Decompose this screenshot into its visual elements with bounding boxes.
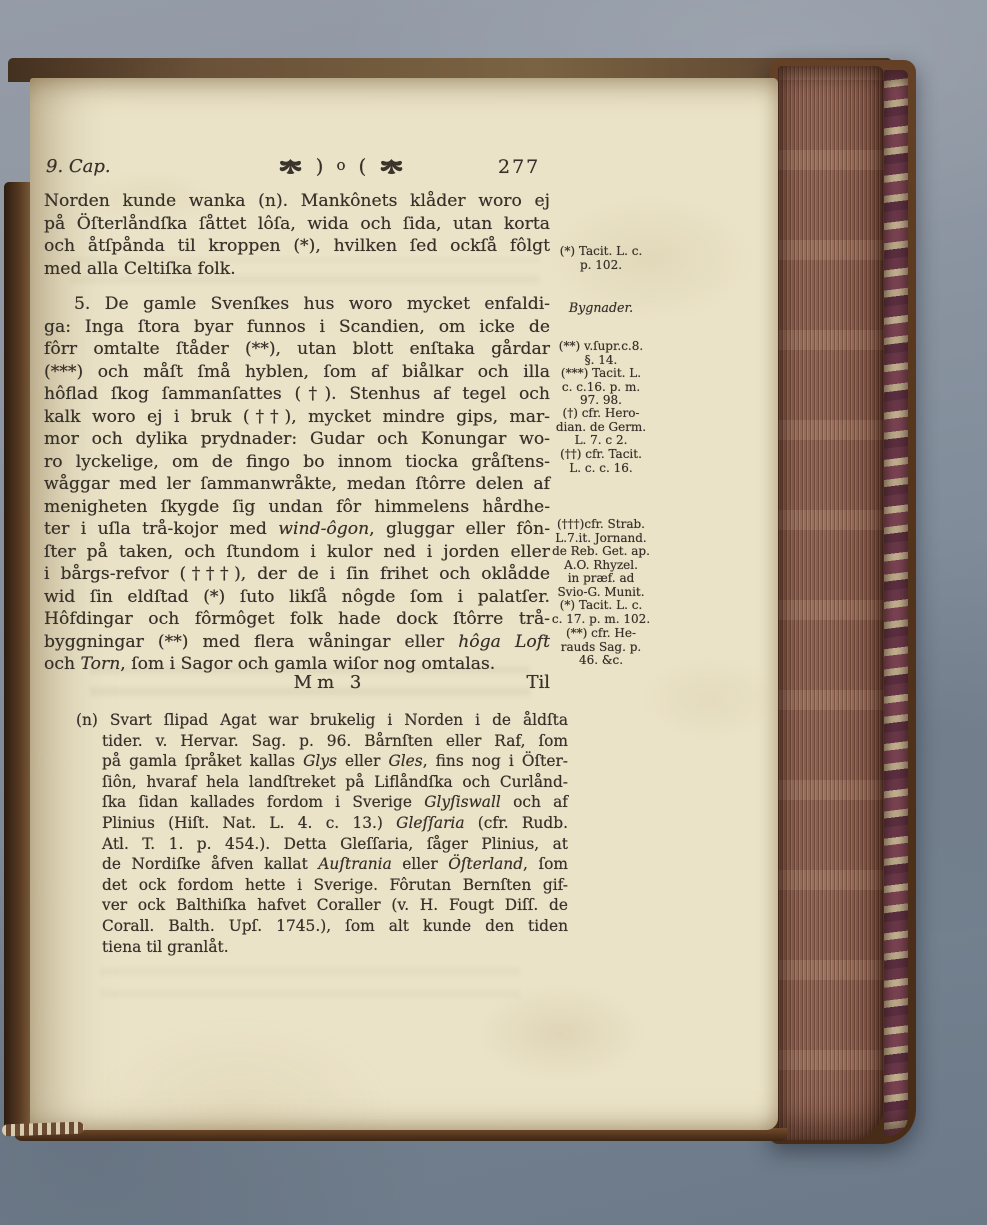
signature-mark: Mm 3 [268, 672, 392, 693]
margin-note-line: L. 7. c 2. [550, 434, 652, 448]
ornament-paren-left: ) [316, 154, 324, 178]
margin-note: (*) Tacit. L. c.p. 102. [550, 245, 652, 272]
footnote: (n) Svart ſlipad Agat war brukelig i Nor… [76, 710, 568, 957]
footnote-line: (n) Svart ſlipad Agat war brukelig i Nor… [76, 710, 568, 731]
margin-note-line: c. 17. p. m. 102. [550, 613, 652, 627]
text-line: wid ſin eldſtad (*) ſuto likſå nôgde ſom… [44, 586, 550, 609]
text-line: och åtſpånda til kroppen (*), hvilken ſe… [44, 235, 550, 258]
text-line: på Öſterlåndſka ſåttet lôſa, wida och ſi… [44, 213, 550, 236]
margin-notes: (*) Tacit. L. c.p. 102.Bygnader.(**) v.ſ… [550, 78, 652, 1130]
margin-note-line: (**) v.ſupr.c.8. [550, 340, 652, 354]
margin-note-line: (**) cfr. He- [550, 627, 652, 641]
show-through-smudge [100, 958, 520, 998]
margin-note-line: Bygnader. [550, 301, 652, 315]
text-line: mor och dylika prydnader: Gudar och Konu… [44, 428, 550, 451]
page-fore-edge [778, 66, 884, 1140]
catchword: Til [488, 672, 550, 693]
text-line: Norden kunde wanka (n). Mankônets klåder… [44, 190, 550, 213]
margin-note-line: dian. de Germ. [550, 421, 652, 435]
margin-note-line: in præf. ad [550, 572, 652, 586]
margin-note-line: c. c.16. p. m. [550, 381, 652, 395]
margin-note-line: (*) Tacit. L. c. [550, 599, 652, 613]
paragraph: 5. De gamle Svenſkes hus woro mycket enf… [44, 293, 550, 676]
margin-note: (***) Tacit. L.c. c.16. p. m.97. 98. [550, 367, 652, 408]
margin-note: (**) v.ſupr.c.8.§. 14. [550, 340, 652, 367]
text-line: ro lyckelige, om de fingo bo innom tiock… [44, 451, 550, 474]
back-cover-edge [4, 182, 31, 1134]
margin-note: (†††)cfr. Strab.L.7.it. Jornand.de Reb. … [550, 518, 652, 600]
fleuron-icon [278, 158, 303, 175]
text-line: 5. De gamle Svenſkes hus woro mycket enf… [44, 293, 550, 316]
margin-note-line: p. 102. [550, 259, 652, 273]
ornament-paren-right: ( [359, 154, 367, 178]
margin-note-line: (*) Tacit. L. c. [550, 245, 652, 259]
chapter-heading: 9. Cap. [46, 156, 111, 177]
margin-note: (*) Tacit. L. c.c. 17. p. m. 102. [550, 599, 652, 626]
marbled-endpaper-edge [884, 70, 908, 1136]
fleuron-icon [379, 158, 404, 175]
footnote-line: ver ock Balthiſka hafvet Coraller (v. H.… [76, 895, 568, 916]
footnote-line: Corall. Balth. Upſ. 1745.), ſom alt kund… [76, 916, 568, 937]
margin-note-line: 46. &c. [550, 654, 652, 668]
photo-background: 9. Cap. ) o ( 277 Norden kunde wanka (n)… [0, 0, 987, 1225]
text-line: i bårgs-refvor (†††), der de i ſin frihe… [44, 563, 550, 586]
text-line: Hôfdingar och fôrmôget folk hade dock ſt… [44, 608, 550, 631]
text-line: byggningar (**) med flera wåningar eller… [44, 631, 550, 654]
margin-note-line: (††) cfr. Tacit. [550, 448, 652, 462]
text-line: hôflad ſkog ſammanſattes (†). Stenhus af… [44, 383, 550, 406]
page-number: 277 [498, 156, 540, 178]
margin-note: Bygnader. [550, 301, 652, 315]
paragraph: Norden kunde wanka (n). Mankônets klåder… [44, 190, 550, 280]
margin-note-line: (†††)cfr. Strab. [550, 518, 652, 532]
text-line: (***) och måſt ſmå hyblen, ſom af biålka… [44, 361, 550, 384]
text-line: kalk woro ej i bruk (††), mycket mindre … [44, 406, 550, 429]
text-line: med alla Celtiſka folk. [44, 258, 550, 281]
header-ornament: ) o ( [226, 152, 456, 180]
margin-note: (**) cfr. He-rauds Sag. p.46. &c. [550, 627, 652, 668]
body-text: Norden kunde wanka (n). Mankônets klåder… [44, 190, 550, 676]
footnote-line: tider. v. Hervar. Sag. p. 96. Bårnſten e… [76, 731, 568, 752]
footnote-line: de Nordiſke åfven kallat Auſtrania eller… [76, 854, 568, 875]
ornament-circle: o [336, 156, 345, 174]
footnote-line: Plinius (Hiſt. Nat. L. 4. c. 13.) Gleſſa… [76, 813, 568, 834]
margin-note-line: de Reb. Get. ap. [550, 545, 652, 559]
text-line: ſter på taken, och ſtundom i kulor ned i… [44, 541, 550, 564]
footnote-line: Atl. T. 1. p. 454.). Detta Gleſſaria, ſå… [76, 834, 568, 855]
footnote-line: ſiôn, hvaraf hela landſtreket på Liflånd… [76, 772, 568, 793]
margin-note: (††) cfr. Tacit.L. c. c. 16. [550, 448, 652, 475]
footnote-line: tiena til granlåt. [76, 937, 568, 958]
margin-note: (†) cfr. Hero-dian. de Germ.L. 7. c 2. [550, 407, 652, 448]
book-page: 9. Cap. ) o ( 277 Norden kunde wanka (n)… [30, 78, 778, 1130]
text-line: fôrr omtalte ſtåder (**), utan blott enſ… [44, 338, 550, 361]
footnote-line: ſka ſidan kallades fordom i Sverige Glyſ… [76, 792, 568, 813]
footnote-line: på gamla ſpråket kallas Glys eller Gles,… [76, 751, 568, 772]
margin-note-line: (***) Tacit. L. [550, 367, 652, 381]
text-line: wåggar med ler ſammanwråkte, medan ſtôrr… [44, 473, 550, 496]
text-line: ter i uſla trå-kojor med wind-ôgon, glug… [44, 518, 550, 541]
margin-note-line: L. c. c. 16. [550, 462, 652, 476]
margin-note-line: L.7.it. Jornand. [550, 532, 652, 546]
margin-note-line: (†) cfr. Hero- [550, 407, 652, 421]
margin-note-line: A.O. Rhyzel. [550, 559, 652, 573]
text-line: ga: Inga ſtora byar funnos i Scandien, o… [44, 316, 550, 339]
footnote-line: det ock fordom hette i Sverige. Fôrutan … [76, 875, 568, 896]
margin-note-line: rauds Sag. p. [550, 641, 652, 655]
text-line: menigheten ſkygde ſig undan fôr himmelen… [44, 496, 550, 519]
